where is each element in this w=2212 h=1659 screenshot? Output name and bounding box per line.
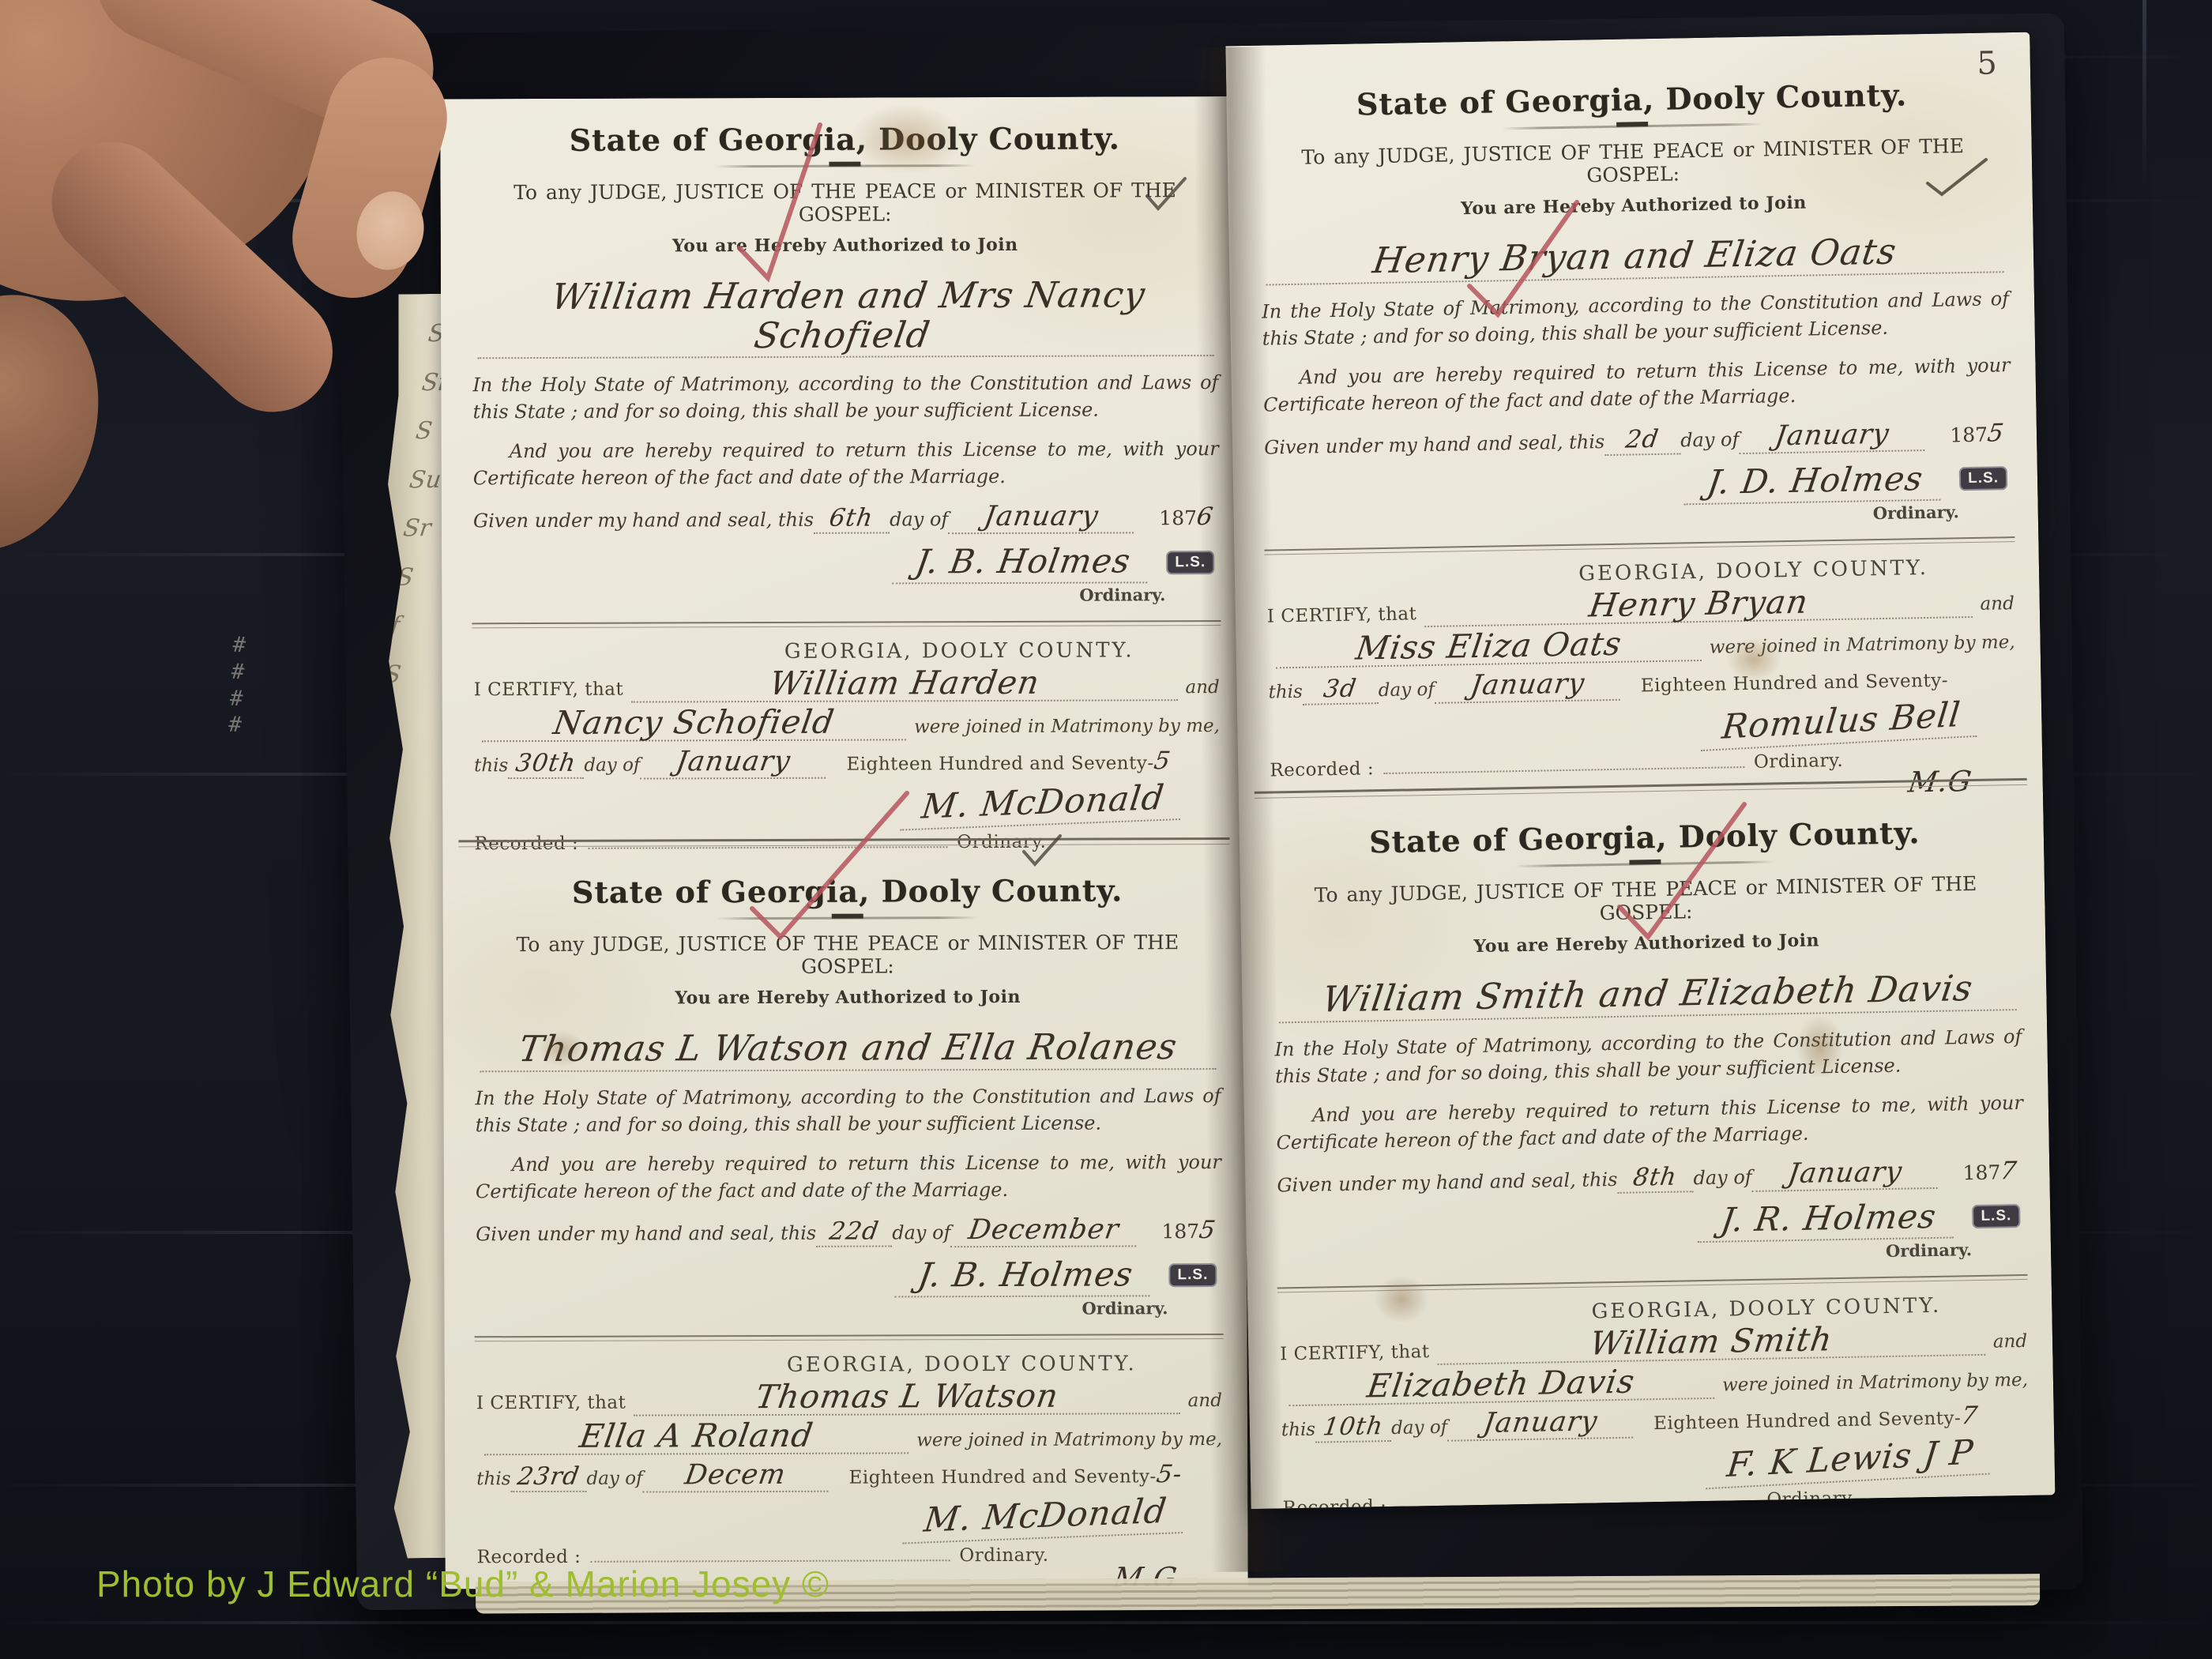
margin-hash-marks: # # # # (228, 632, 246, 739)
couple-handwriting: William Smith and Elizabeth Davis (1320, 969, 1976, 1019)
day-of-label: day of (890, 509, 948, 531)
bride-line: Ella A Roland were joined in Matrimony b… (476, 1417, 1222, 1455)
couple-line: William Harden and Mrs Nancy Schofield (477, 275, 1213, 359)
cert-day-handwriting: 23rd (516, 1462, 582, 1491)
groom-blank: Henry Bryan (1424, 582, 1973, 627)
record-book: S Si S Su Sr S f S s S J L State of Geor… (338, 13, 2083, 1611)
seal-badge: L.S. (1959, 467, 2007, 491)
given-prefix: Given under my hand and seal, this (1277, 1168, 1617, 1197)
ordinary-label-row: Ordinary. (527, 585, 1165, 608)
groom-blank: William Harden (631, 666, 1177, 703)
minister-signature: F. K Lewis J P (1706, 1431, 1995, 1489)
bride-handwriting: Elizabeth Davis (1365, 1364, 1637, 1403)
cert-month-handwriting: January (1468, 668, 1586, 702)
header-rule (714, 164, 975, 167)
day-handwriting: 8th (1631, 1162, 1679, 1191)
bride-handwriting: Nancy Schofield (551, 705, 837, 740)
wall-seam (2142, 0, 2146, 190)
authorize-line: You are Hereby Authorized to Join (473, 986, 1222, 1009)
year-printed: 187 (1161, 1220, 1199, 1243)
minister-signature-row: M. McDonald (472, 783, 1182, 828)
record-slot-3: State of Georgia, Dooly County. To any J… (1256, 64, 2018, 772)
day-blank: 8th (1617, 1162, 1694, 1194)
ordinary-signature: J. R. Holmes (1698, 1196, 1960, 1243)
ordinary-signature: J. B. Holmes (892, 542, 1154, 585)
certify-prefix: I CERTIFY, that (474, 679, 624, 701)
bride-blank: Miss Eliza Oats (1275, 626, 1702, 668)
this-label: this (476, 1469, 510, 1489)
cert-day-of-label: day of (1391, 1417, 1448, 1439)
ordinary-signature-row: J. B. Holmes L.S. (478, 541, 1214, 585)
cert-year-suffix: 7 (1961, 1401, 1977, 1430)
couple-line: Thomas L Watson and Ella Rolanes (480, 1027, 1216, 1072)
ordinary-label-row: Ordinary. (529, 1298, 1168, 1320)
cert-year-handwriting: 5- (1154, 1460, 1184, 1488)
certify-prefix: I CERTIFY, that (1280, 1341, 1430, 1364)
groom-handwriting: William Harden (767, 666, 1042, 701)
joined-label: were joined in Matrimony by me, (1722, 1370, 2028, 1396)
couple-handwriting: Henry Bryan and Eliza Oats (1370, 232, 1898, 280)
bride-handwriting: Miss Eliza Oats (1353, 627, 1623, 666)
groom-handwriting: Henry Bryan (1586, 585, 1810, 623)
record-header: State of Georgia, Dooly County. (1256, 75, 2007, 124)
month-blank: January (948, 501, 1134, 535)
certify-line: I CERTIFY, that William Harden and (474, 665, 1220, 703)
header-rule (717, 916, 978, 920)
couple-handwriting: Thomas L Watson and Ella Rolanes (516, 1027, 1179, 1068)
photo-credit-watermark: Photo by J Edward “Bud” & Marion Josey © (96, 1563, 829, 1605)
couple-handwriting: William Harden and Mrs Nancy Schofield (471, 275, 1219, 355)
minister-signature: Romulus Bell (1700, 694, 1981, 751)
day-handwriting: 6th (828, 504, 876, 532)
month-blank: January (1751, 1156, 1938, 1192)
header-rule (1502, 123, 1762, 130)
license-cert-divider (1264, 536, 2014, 555)
cert-day-blank: 3d (1302, 674, 1379, 705)
license-cert-divider (1277, 1274, 2028, 1293)
wall-slat (0, 1621, 2212, 1624)
day-of-label: day of (1680, 428, 1740, 451)
ordinary-signature: J. B. Holmes (894, 1255, 1157, 1297)
day-of-label: day of (1693, 1166, 1752, 1189)
groom-blank: Thomas L Watson (634, 1379, 1179, 1416)
license-body-2: And you are hereby required to return th… (473, 435, 1219, 491)
cert-year-suffix: 5 (1154, 747, 1171, 776)
record-slot-4: State of Georgia, Dooly County. To any J… (1269, 802, 2031, 1502)
month-handwriting: December (966, 1213, 1121, 1246)
authorize-line: You are Hereby Authorized to Join (471, 234, 1220, 257)
month-blank: December (950, 1213, 1136, 1247)
license-body-1: In the Holy State of Matrimony, accordin… (1274, 1022, 2022, 1089)
cert-day-blank: 30th (508, 749, 584, 779)
cert-ordinary-label: Ordinary. (1754, 750, 1844, 773)
ordinary-signature: J. D. Holmes (1684, 458, 1947, 505)
year-digit: 5 (1988, 419, 2004, 447)
eighteen-label: Eighteen Hundred and Seventy- (849, 1466, 1157, 1488)
record-slot-1: State of Georgia, Dooly County. To any J… (470, 109, 1221, 816)
address-line: To any JUDGE, JUSTICE OF THE PEACE or MI… (473, 931, 1222, 979)
cert-month-blank: January (640, 746, 826, 780)
given-line: Given under my hand and seal, this 22d d… (476, 1213, 1221, 1249)
month-handwriting: January (1785, 1156, 1904, 1190)
month-handwriting: January (1773, 419, 1891, 453)
this-label: this (474, 756, 508, 777)
marriage-record: State of Georgia, Dooly County. To any J… (1270, 813, 2032, 1509)
bride-blank: Elizabeth Davis (1288, 1364, 1715, 1406)
authorize-line: You are Hereby Authorized to Join (1271, 927, 2022, 961)
recorded-label: Recorded : (1270, 758, 1374, 781)
cert-day-blank: 23rd (510, 1462, 586, 1492)
authorize-line: You are Hereby Authorized to Join (1258, 189, 2009, 223)
certify-prefix: I CERTIFY, that (476, 1392, 626, 1413)
seal-badge: L.S. (1972, 1204, 2020, 1228)
cert-month-blank: Decem (642, 1459, 828, 1493)
license-body-2: And you are hereby required to return th… (1276, 1089, 2024, 1157)
ordinary-label: Ordinary. (1886, 1240, 1972, 1261)
given-prefix: Given under my hand and seal, this (1264, 431, 1604, 459)
record-header: State of Georgia, Dooly County. (470, 120, 1219, 158)
photo-stage: S Si S Su Sr S f S s S J L State of Geor… (0, 0, 2212, 1659)
month-handwriting: January (981, 501, 1100, 533)
joined-label: were joined in Matrimony by me, (1710, 632, 2015, 658)
bride-line: Nancy Schofield were joined in Matrimony… (474, 704, 1220, 742)
cert-day-handwriting: 30th (514, 749, 578, 777)
license-body-1: In the Holy State of Matrimony, accordin… (476, 1082, 1221, 1138)
marriage-record: State of Georgia, Dooly County. To any J… (473, 872, 1224, 1589)
year-printed: 187 (1159, 506, 1197, 529)
couple-line: Henry Bryan and Eliza Oats (1266, 230, 2004, 285)
and-label: and (1980, 593, 2014, 615)
joined-label: were joined in Matrimony by me, (916, 1429, 1222, 1450)
record-header: State of Georgia, Dooly County. (473, 872, 1222, 910)
day-of-label: day of (892, 1221, 950, 1243)
bride-blank: Ella A Roland (484, 1418, 908, 1455)
cert-month-handwriting: Decem (683, 1459, 788, 1491)
year-digit-handwriting: 7 (1999, 1157, 2019, 1185)
spacer (1046, 847, 1220, 848)
marriage-record: State of Georgia, Dooly County. To any J… (1256, 75, 2019, 810)
right-page: 5 State of Georgia, Dooly County. To any… (1225, 32, 2055, 1509)
bride-blank: Nancy Schofield (482, 705, 906, 743)
eighteen-label: Eighteen Hundred and Seventy- (1641, 670, 1949, 696)
cert-month-blank: January (1447, 1405, 1634, 1442)
record-slot-2: State of Georgia, Dooly County. To any J… (473, 861, 1224, 1574)
ordinary-label: Ordinary. (1079, 585, 1165, 605)
day-handwriting: 22d (827, 1217, 881, 1245)
record-header: State of Georgia, Dooly County. (1270, 813, 2021, 862)
eighteen-label: Eighteen Hundred and Seventy- (1653, 1408, 1962, 1434)
bride-handwriting: Ella A Roland (577, 1419, 816, 1454)
certificate-header: GEORGIA, DOOLY COUNTY. (475, 1352, 1137, 1378)
cert-month-blank: January (1434, 668, 1620, 704)
cert-day-of-label: day of (586, 1468, 642, 1488)
cert-year-handwriting: 5 (1152, 747, 1172, 776)
given-line: Given under my hand and seal, this 2d da… (1264, 416, 2012, 463)
and-label: and (1993, 1331, 2028, 1352)
this-label: this (1281, 1420, 1316, 1441)
certificate-header: GEORGIA, DOOLY COUNTY. (472, 639, 1134, 665)
given-prefix: Given under my hand and seal, this (476, 1222, 816, 1246)
cert-date-line: this 30th day of January Eighteen Hundre… (474, 744, 1220, 780)
eighteen-label: Eighteen Hundred and Seventy- (846, 754, 1153, 775)
minister-signature-row: F. K Lewis J P (1280, 1437, 1992, 1492)
address-line: To any JUDGE, JUSTICE OF THE PEACE or MI… (471, 179, 1220, 227)
cert-date-line: this 23rd day of Decem Eighteen Hundred … (476, 1458, 1222, 1493)
address-line: To any JUDGE, JUSTICE OF THE PEACE or MI… (1270, 871, 2022, 931)
given-prefix: Given under my hand and seal, this (473, 509, 814, 532)
minister-signature: M. McDonald (902, 1491, 1188, 1544)
license-body-2: And you are hereby required to return th… (476, 1149, 1221, 1205)
cert-day-of-label: day of (1379, 679, 1435, 701)
license-cert-divider (475, 1334, 1224, 1341)
license-cert-divider (472, 620, 1221, 628)
license-body-1: In the Holy State of Matrimony, accordin… (1262, 285, 2010, 352)
year-printed: 187 (1950, 423, 1988, 446)
year-digit: 7 (2000, 1157, 2017, 1185)
cert-year-suffix: 5- (1157, 1460, 1182, 1488)
couple-line: William Smith and Elizabeth Davis (1278, 968, 2017, 1023)
ordinary-label: Ordinary. (1872, 502, 1958, 523)
ordinary-label: Ordinary. (1082, 1298, 1168, 1318)
day-blank: 6th (814, 504, 890, 534)
cert-month-handwriting: January (674, 746, 793, 778)
minister-signature: M. McDonald (900, 777, 1186, 831)
year-digit-handwriting: 5 (1985, 419, 2006, 447)
groom-handwriting: Thomas L Watson (753, 1379, 1060, 1414)
cert-day-of-label: day of (584, 755, 640, 776)
groom-blank: William Smith (1437, 1320, 1985, 1365)
cert-year-handwriting: 7 (1959, 1401, 1980, 1430)
groom-handwriting: William Smith (1588, 1322, 1834, 1361)
given-line: Given under my hand and seal, this 8th d… (1277, 1154, 2025, 1201)
cert-day-handwriting: 3d (1322, 674, 1359, 703)
year-printed: 187 (1962, 1161, 2000, 1184)
day-blank: 2d (1604, 424, 1681, 456)
cert-day-blank: 10th (1315, 1412, 1392, 1443)
marriage-record: State of Georgia, Dooly County. To any J… (470, 120, 1221, 867)
cert-ordinary-label: Ordinary. (959, 1545, 1048, 1566)
address-line: To any JUDGE, JUSTICE OF THE PEACE or MI… (1258, 134, 2009, 193)
hand-knuckle (0, 268, 130, 577)
cert-month-handwriting: January (1481, 1405, 1600, 1439)
cert-day-handwriting: 10th (1322, 1412, 1386, 1441)
spacer (1049, 1560, 1223, 1561)
minister-signature-row: Romulus Bell (1267, 699, 1979, 754)
day-handwriting: 2d (1624, 425, 1661, 454)
license-body-2: And you are hereby required to return th… (1262, 352, 2011, 419)
minister-signature-row: M. McDonald (475, 1495, 1184, 1540)
certify-line: I CERTIFY, that Thomas L Watson and (476, 1379, 1222, 1416)
dotted-leader (590, 1547, 950, 1563)
left-page: State of Georgia, Dooly County. To any J… (440, 96, 1248, 1589)
header-rule (1514, 860, 1775, 867)
month-blank: January (1739, 418, 1925, 454)
joined-label: were joined in Matrimony by me, (914, 716, 1220, 737)
certify-prefix: I CERTIFY, that (1267, 604, 1417, 626)
day-blank: 22d (816, 1217, 892, 1247)
license-body-1: In the Holy State of Matrimony, accordin… (472, 369, 1218, 425)
ordinary-signature-row: J. B. Holmes L.S. (480, 1255, 1217, 1299)
given-line: Given under my hand and seal, this 6th d… (473, 500, 1219, 536)
